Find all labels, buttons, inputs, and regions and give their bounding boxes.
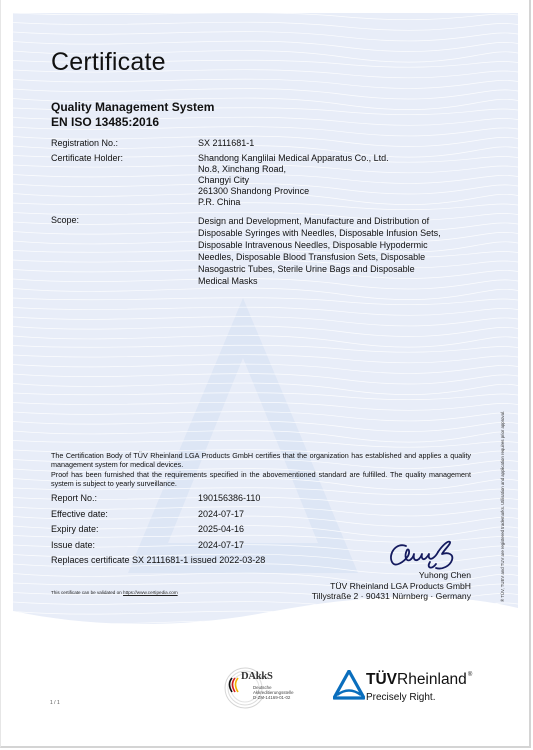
scope-line: Design and Development, Manufacture and … [198, 215, 441, 227]
signatory-name: Yuhong Chen [312, 570, 471, 581]
report-value: 190156386-110 [198, 493, 260, 504]
trademark-note: ® TÜV, TUEV and TUV are registered trade… [500, 411, 505, 602]
certificate-title: Certificate [51, 48, 166, 77]
scope-line: Needles, Disposable Blood Transfusion Se… [198, 251, 441, 263]
tuv-brand-regular: Rheinland [397, 671, 467, 688]
tuv-triangle-icon [333, 670, 365, 700]
expiry-date-label: Expiry date: [51, 524, 99, 535]
holder-line: Changyi City [198, 175, 389, 186]
issue-date-value: 2024-07-17 [198, 540, 244, 551]
validation-text: This certificate can be validated on [51, 590, 123, 595]
signatory-address: Tillystraße 2 · 90431 Nürnberg · Germany [312, 591, 471, 602]
dakks-name: DAkkS [241, 671, 273, 682]
issue-date-label: Issue date: [51, 540, 95, 551]
report-label: Report No.: [51, 493, 97, 504]
tuv-rheinland-logo: TÜVRheinland® Precisely Right. [330, 668, 490, 712]
holder-line: Shandong Kanglilai Medical Apparatus Co.… [198, 153, 389, 164]
certipedia-link[interactable]: https://www.certipedia.com [123, 590, 178, 595]
signatory-block: Yuhong Chen TÜV Rheinland LGA Products G… [312, 570, 471, 602]
tuv-slogan: Precisely Right. [366, 692, 435, 703]
scope-line: Nasogastric Tubes, Sterile Urine Bags an… [198, 263, 441, 275]
dakks-logo: DAkkS Deutsche Akkreditierungsstelle D-Z… [223, 666, 318, 710]
registration-label: Registration No.: [51, 138, 118, 149]
holder-label: Certificate Holder: [51, 153, 123, 164]
page-number: 1 / 1 [50, 700, 60, 706]
scope-line: Disposable Syringes with Needles, Dispos… [198, 227, 441, 239]
validation-note: This certificate can be validated on htt… [51, 590, 178, 595]
expiry-date-value: 2025-04-16 [198, 524, 244, 535]
tuv-brand-bold: TÜV [366, 671, 397, 688]
effective-date-label: Effective date: [51, 509, 108, 520]
holder-line: 261300 Shandong Province [198, 186, 389, 197]
scope-line: Medical Masks [198, 275, 441, 287]
signatory-company: TÜV Rheinland LGA Products GmbH [312, 581, 471, 592]
scope-text: Design and Development, Manufacture and … [198, 215, 441, 287]
standard-name: Quality Management System [51, 100, 214, 114]
holder-line: No.8, Xinchang Road, [198, 164, 389, 175]
signature [386, 532, 466, 574]
registration-value: SX 2111681-1 [198, 138, 254, 149]
registered-mark: ® [468, 672, 472, 678]
holder-address: Shandong Kanglilai Medical Apparatus Co.… [198, 153, 389, 208]
certification-statement: The Certification Body of TÜV Rheinland … [51, 451, 471, 470]
holder-line: P.R. China [198, 197, 389, 208]
scope-line: Disposable Intravenous Needles, Disposab… [198, 239, 441, 251]
standard-number: EN ISO 13485:2016 [51, 115, 159, 129]
tuv-brand: TÜVRheinland® [366, 671, 472, 689]
effective-date-value: 2024-07-17 [198, 509, 244, 520]
dakks-subtitle: Deutsche Akkreditierungsstelle D-ZM-1416… [253, 685, 294, 701]
scope-label: Scope: [51, 215, 79, 226]
proof-statement: Proof has been furnished that the requir… [51, 470, 471, 489]
replaces-note: Replaces certificate SX 2111681-1 issued… [51, 555, 265, 566]
